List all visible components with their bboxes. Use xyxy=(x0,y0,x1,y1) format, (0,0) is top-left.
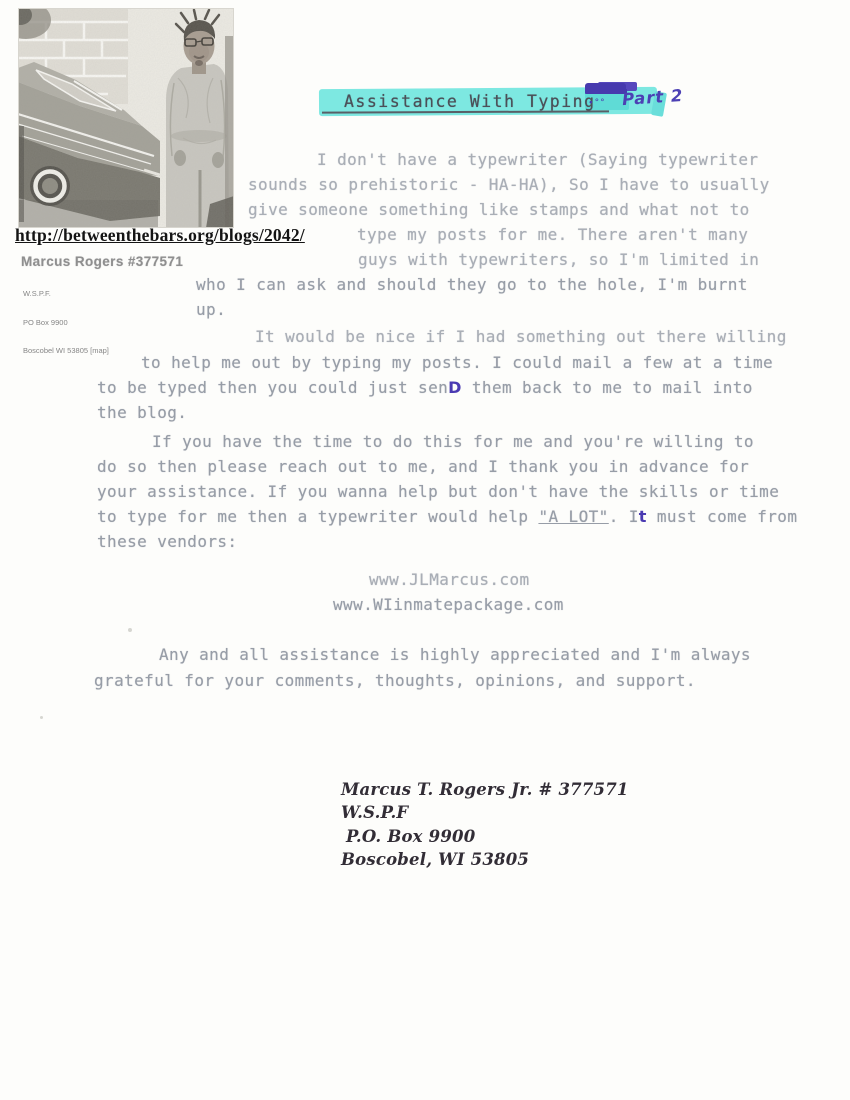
author-address: W.S.P.F. PO Box 9900 Boscobel WI 53805 [… xyxy=(23,270,109,375)
typed-line: If you have the time to do this for me a… xyxy=(152,432,754,451)
scanned-letter-page: http://betweenthebars.org/blogs/2042/ Ma… xyxy=(0,0,850,1100)
author-address-line: W.S.P.F. xyxy=(23,289,109,299)
typed-segment: . I xyxy=(609,507,639,526)
typed-line: up. xyxy=(196,300,226,319)
typed-segment: www.WIinmatepackage.com xyxy=(333,595,564,614)
typed-line: to be typed then you could just senD the… xyxy=(97,378,753,397)
typed-line: the blog. xyxy=(97,403,187,422)
typed-segment: www.JLMarcus.com xyxy=(369,570,530,589)
photo-man-with-classic-car xyxy=(18,8,234,228)
typed-line: your assistance. If you wanna help but d… xyxy=(97,482,779,501)
typed-segment: type my posts for me. There aren't many xyxy=(357,225,748,244)
typed-segment: guys with typewriters, so I'm limited in xyxy=(358,250,759,269)
typed-segment: It would be nice if I had something out … xyxy=(255,327,787,346)
typed-line: Any and all assistance is highly appreci… xyxy=(159,645,751,664)
typed-segment: to be typed then you could just sen xyxy=(97,378,448,397)
typed-line: guys with typewriters, so I'm limited in xyxy=(358,250,759,269)
typed-segment: give someone something like stamps and w… xyxy=(248,200,750,219)
typed-segment: sounds so prehistoric - HA-HA), So I hav… xyxy=(248,175,770,194)
typed-segment: to help me out by typing my posts. I cou… xyxy=(141,353,773,372)
typed-segment: your assistance. If you wanna help but d… xyxy=(97,482,779,501)
typed-segment: do so then please reach out to me, and I… xyxy=(97,457,749,476)
source-url: http://betweenthebars.org/blogs/2042/ xyxy=(15,225,305,246)
typed-line: grateful for your comments, thoughts, op… xyxy=(94,671,696,690)
typed-segment: I don't have a typewriter (Saying typewr… xyxy=(317,150,758,169)
typed-line: give someone something like stamps and w… xyxy=(248,200,750,219)
typed-segment-ink: D xyxy=(448,378,462,397)
signature-line: Boscobel, WI 53805 xyxy=(341,848,629,871)
handwritten-part-2: Part 2 xyxy=(621,86,684,109)
typed-line: to type for me then a typewriter would h… xyxy=(97,507,797,526)
author-address-line: Boscobel WI 53805 [map] xyxy=(23,346,109,356)
typed-segment: to type for me then a typewriter would h… xyxy=(97,507,538,526)
typed-line: do so then please reach out to me, and I… xyxy=(97,457,749,476)
ink-marks: ∙°° xyxy=(588,98,606,108)
signature-line: Marcus T. Rogers Jr. # 377571 xyxy=(341,778,629,801)
ink-scribble xyxy=(585,83,626,94)
typed-line: type my posts for me. There aren't many xyxy=(357,225,748,244)
author-address-line: PO Box 9900 xyxy=(23,318,109,328)
film-grain-overlay xyxy=(18,8,234,228)
typed-line: I don't have a typewriter (Saying typewr… xyxy=(317,150,758,169)
scan-speck xyxy=(40,716,43,719)
typed-line: these vendors: xyxy=(97,532,237,551)
typed-segment: who I can ask and should they go to the … xyxy=(196,275,748,294)
typed-line: who I can ask and should they go to the … xyxy=(196,275,748,294)
typed-line: www.WIinmatepackage.com xyxy=(333,595,564,614)
typed-line: It would be nice if I had something out … xyxy=(255,327,787,346)
signature-line: W.S.P.F xyxy=(341,801,629,824)
typed-segment-ink: t xyxy=(639,507,647,526)
typed-line: sounds so prehistoric - HA-HA), So I hav… xyxy=(248,175,770,194)
typed-segment-underline: "A LOT" xyxy=(538,507,608,526)
typed-line: to help me out by typing my posts. I cou… xyxy=(141,353,773,372)
typed-line: www.JLMarcus.com xyxy=(369,570,530,589)
typed-segment: grateful for your comments, thoughts, op… xyxy=(94,671,696,690)
scan-speck xyxy=(128,628,132,632)
typed-segment: Any and all assistance is highly appreci… xyxy=(159,645,751,664)
typed-segment: the blog. xyxy=(97,403,187,422)
typed-segment: them back to me to mail into xyxy=(462,378,753,397)
author-name: Marcus Rogers #377571 xyxy=(21,254,183,269)
letter-title: Assistance With Typing xyxy=(344,92,596,111)
typed-segment: up. xyxy=(196,300,226,319)
typed-segment: If you have the time to do this for me a… xyxy=(152,432,754,451)
signature-line: P.O. Box 9900 xyxy=(346,825,629,848)
typed-segment: must come from xyxy=(647,507,798,526)
typed-segment: these vendors: xyxy=(97,532,237,551)
signature-block: Marcus T. Rogers Jr. # 377571 W.S.P.F P.… xyxy=(341,778,629,872)
